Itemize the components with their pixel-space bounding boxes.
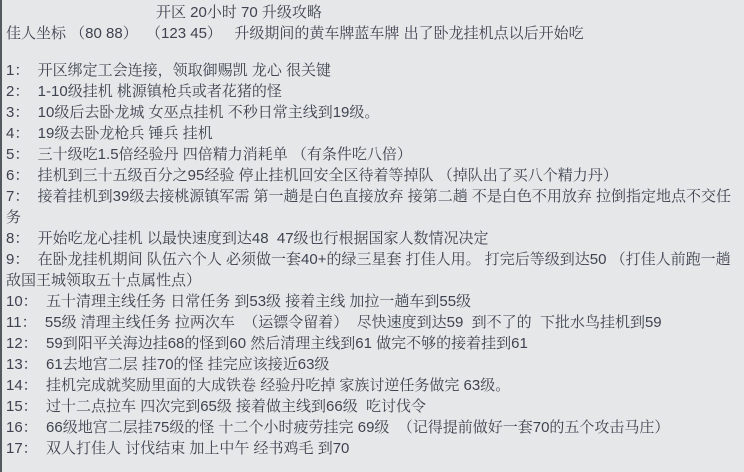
guide-step-15: 15： 过十二点拉车 四次完到65级 接着做主线到66级 吃讨伐令 bbox=[6, 396, 742, 417]
document-title: 开区 20小时 70 升级攻略 bbox=[6, 2, 742, 23]
blank-line bbox=[6, 44, 742, 60]
guide-step-4: 4： 19级去卧龙枪兵 锤兵 挂机 bbox=[6, 123, 742, 144]
guide-step-8: 8： 开始吃龙心挂机 以最快速度到达48 47级也行根据国家人数情况决定 bbox=[6, 228, 742, 249]
guide-step-12: 12： 59到阳平关海边挂68的怪到60 然后清理主线到61 做完不够的接着挂到… bbox=[6, 333, 742, 354]
guide-step-13: 13： 61去地宫二层 挂70的怪 挂完应该接近63级 bbox=[6, 354, 742, 375]
guide-step-11: 11： 55级 清理主线任务 拉两次车 （运镖令留着） 尽快速度到达59 到不了… bbox=[6, 312, 742, 333]
guide-step-5: 5： 三十级吃1.5倍经验丹 四倍精力消耗单 （有条件吃八倍） bbox=[6, 144, 742, 165]
guide-step-17: 17： 双人打佳人 讨伐结束 加上中午 经书鸡毛 到70 bbox=[6, 438, 742, 459]
guide-step-6: 6： 挂机到三十五级百分之95经验 停止挂机回安全区待着等掉队 （掉队出了买八个… bbox=[6, 165, 742, 186]
guide-step-7: 7： 接着挂机到39级去接桃源镇军需 第一趟是白色直接放弃 接第二趟 不是白色不… bbox=[6, 186, 742, 228]
guide-step-3: 3： 10级后去卧龙城 女巫点挂机 不秒日常主线到19级。 bbox=[6, 102, 742, 123]
guide-step-16: 16： 66级地宫二层挂75级的怪 十二个小时疲劳挂完 69级 （记得提前做好一… bbox=[6, 417, 742, 438]
guide-step-10: 10： 五十清理主线任务 日常任务 到53级 接着主线 加拉一趟车到55级 bbox=[6, 291, 742, 312]
coords-line: 佳人坐标 （80 88） （123 45） 升级期间的黄车牌蓝车牌 出了卧龙挂机… bbox=[6, 23, 742, 44]
document-page: 开区 20小时 70 升级攻略 佳人坐标 （80 88） （123 45） 升级… bbox=[0, 0, 744, 472]
guide-step-14: 14： 挂机完成就奖励里面的大成铁卷 经验丹吃掉 家族讨逆任务做完 63级。 bbox=[6, 375, 742, 396]
guide-step-2: 2： 1-10级挂机 桃源镇枪兵或者花猪的怪 bbox=[6, 81, 742, 102]
guide-step-9: 9： 在卧龙挂机期间 队伍六个人 必须做一套40+的绿三星套 打佳人用。 打完后… bbox=[6, 249, 742, 291]
guide-step-1: 1： 开区绑定工会连接，领取御赐凯 龙心 很关键 bbox=[6, 60, 742, 81]
